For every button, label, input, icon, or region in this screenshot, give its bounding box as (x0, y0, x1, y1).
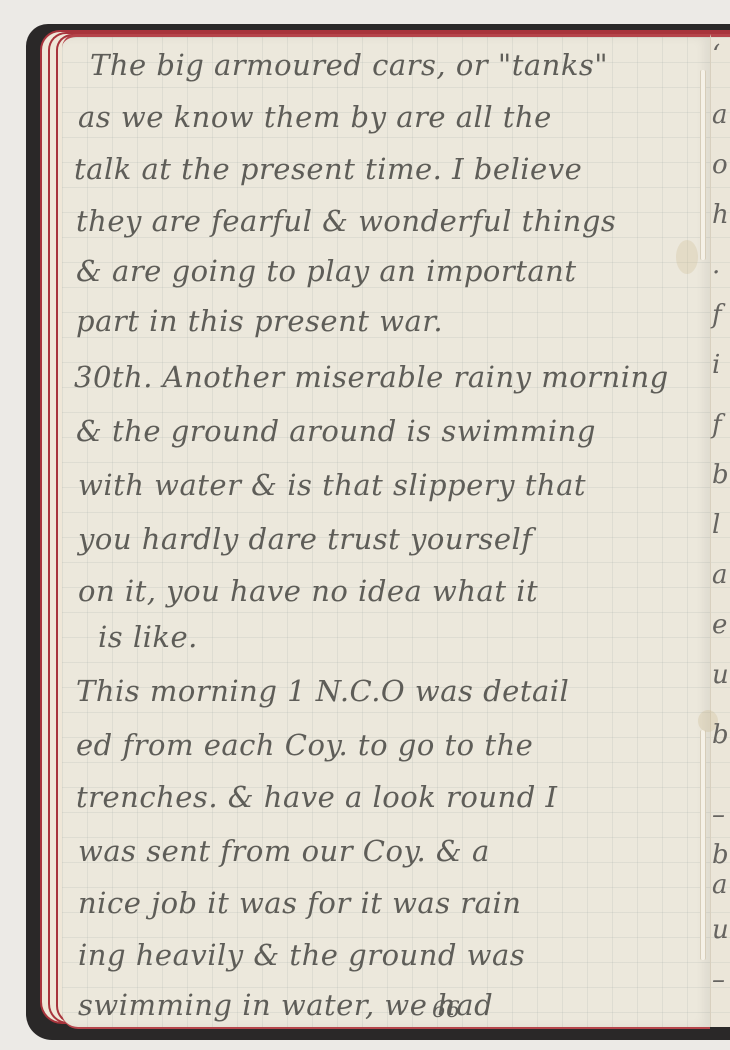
right-page-text-fragment: f (712, 300, 722, 330)
right-page-text-fragment: . (712, 250, 720, 280)
right-page-text-fragment: u (712, 915, 729, 945)
right-page-text-fragment: – (712, 965, 725, 995)
text-line: & are going to play an important (76, 254, 577, 288)
text-line: they are fearful & wonderful things (76, 204, 616, 238)
binding-stitch (700, 730, 706, 960)
right-page-text-fragment: f (712, 410, 722, 440)
right-page-text-fragment: e (712, 610, 727, 640)
paper-stain (676, 240, 698, 274)
text-line: talk at the present time. I believe (74, 152, 582, 186)
text-line: you hardly dare trust yourself (78, 522, 533, 556)
right-page-text-fragment: ‘ (712, 40, 720, 70)
right-page-text-fragment: b (712, 460, 729, 490)
text-line: swimming in water, we had (78, 988, 493, 1022)
right-page-text-fragment: o (712, 150, 728, 180)
text-line: as we know them by are all the (78, 100, 552, 134)
right-page-text-fragment: u (712, 660, 729, 690)
right-page-text-fragment: – (712, 800, 725, 830)
text-line: nice job it was for it was rain (78, 886, 521, 920)
right-page-text-fragment: l (712, 510, 720, 540)
text-line: trenches. & have a look round I (76, 780, 557, 814)
text-line: is like. (98, 620, 198, 654)
text-line: with water & is that slippery that (78, 468, 586, 502)
right-page-text-fragment: a (712, 560, 728, 590)
binding-stitch (700, 70, 706, 260)
text-line: The big armoured cars, or "tanks" (90, 48, 608, 82)
text-line: ed from each Coy. to go to the (76, 728, 533, 762)
text-line: was sent from our Coy. & a (78, 834, 490, 868)
text-line: This morning 1 N.C.O was detail (76, 674, 569, 708)
text-line: part in this present war. (76, 304, 443, 338)
right-page-text-fragment: h (712, 200, 729, 230)
right-page-text-fragment: a (712, 100, 728, 130)
right-page-text-fragment: a (712, 870, 728, 900)
page-number: 66 (432, 998, 460, 1023)
right-page-text-fragment: b (712, 840, 729, 870)
text-line: & the ground around is swimming (76, 414, 596, 448)
right-page-text-fragment: b (712, 720, 729, 750)
text-line: ing heavily & the ground was (78, 938, 525, 972)
right-page-text-fragment: i (712, 350, 720, 380)
text-line: 30th. Another miserable rainy morning (74, 360, 669, 394)
text-line: on it, you have no idea what it (78, 574, 538, 608)
